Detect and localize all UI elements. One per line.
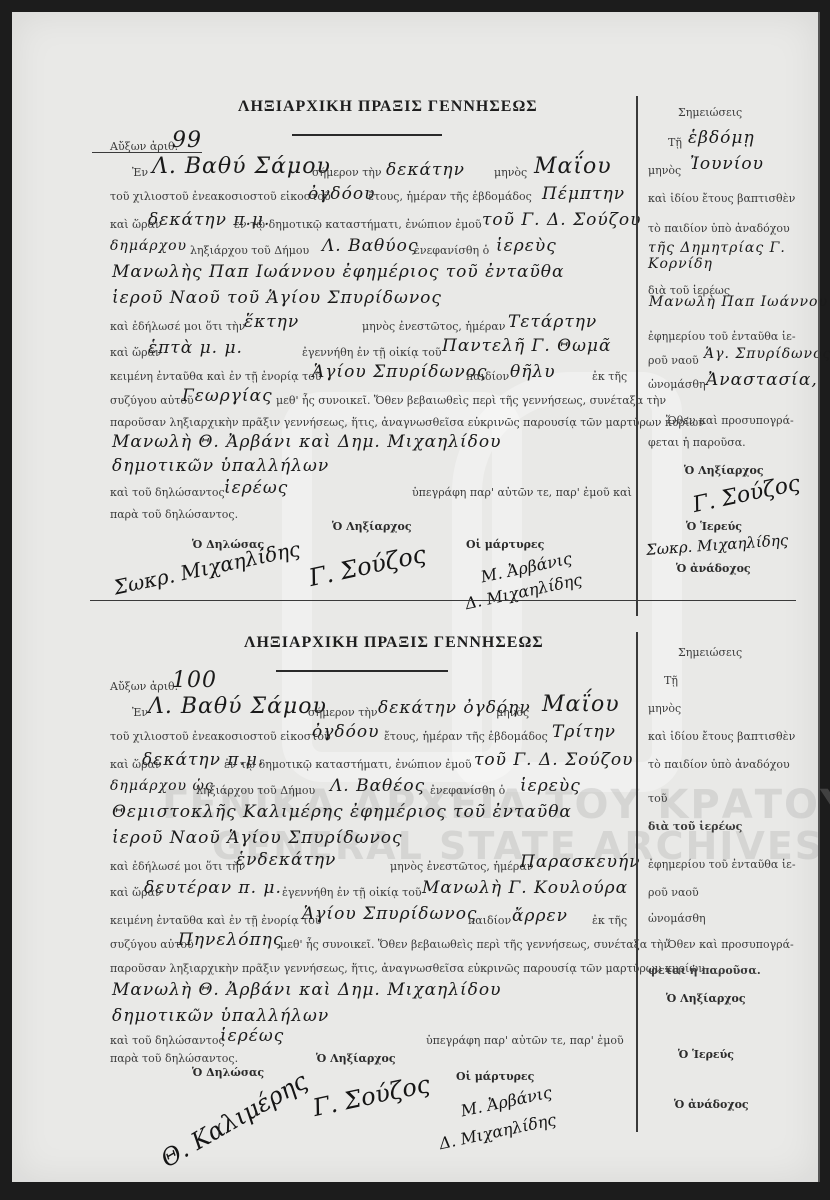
notes-closing-1: Ὅθεν καὶ προσυπογρά- bbox=[666, 414, 794, 427]
text-year-prefix: τοῦ χιλιοστοῦ ἐνεακοσιοστοῦ εἰκοστοῦ bbox=[110, 190, 331, 203]
text-today: σήμερον τὴν bbox=[312, 166, 382, 179]
month-value: Μαΐου bbox=[542, 692, 620, 717]
sex-value: ἄρρεν bbox=[512, 906, 568, 926]
title-underline bbox=[276, 670, 448, 672]
notes-priest-sig-label: Ὁ Ἱερεύς bbox=[678, 1048, 734, 1061]
notes-baptized-text: καὶ ἰδίου ἔτους βαπτισθὲν bbox=[648, 730, 795, 743]
declarant-label: Ὁ Δηλώσας bbox=[192, 1066, 264, 1079]
weekday-value: Πέμπτην bbox=[542, 184, 625, 204]
text-from: ἐκ τῆς bbox=[592, 370, 627, 383]
text-en: Ἐν bbox=[132, 166, 148, 179]
registrar-label: Ὁ Ληξίαρχος bbox=[316, 1052, 396, 1065]
notes-day-value: ἑβδόμῃ bbox=[688, 128, 755, 148]
place-value: Λ. Βαθύ Σάμου bbox=[152, 154, 331, 179]
notes-of-label: τοῦ bbox=[648, 792, 667, 805]
text-municipal: ἐν τῷ δημοτικῷ καταστήματι, ἐνώπιον ἐμοῦ bbox=[234, 218, 482, 231]
witness-signature-2: Δ. Μιχαηλίδης bbox=[437, 1110, 557, 1153]
text-municipal: ἐν τῷ δημοτικῷ καταστήματι, ἐνώπιον ἐμοῦ bbox=[224, 758, 472, 771]
parish-value: Ἁγίου Σπυρίδωνος bbox=[302, 904, 477, 924]
year-value: ὀγδόου bbox=[308, 184, 375, 204]
registrar-label: Ὁ Ληξίαρχος bbox=[332, 520, 412, 533]
notes-day-label: Τῇ bbox=[664, 674, 678, 687]
parish-value: Ἁγίου Σπυρίδωνος bbox=[312, 362, 487, 382]
notes-registrar-label: Ὁ Ληξίαρχος bbox=[684, 464, 764, 477]
text-cohabits: μεθ' ἧς συνοικεῖ. Ὅθεν βεβαιωθεὶς περὶ τ… bbox=[276, 394, 666, 407]
witnesses-role: δημοτικῶν ὑπαλλήλων bbox=[112, 1006, 329, 1026]
notes-named-label: ὠνομάσθη bbox=[648, 378, 706, 391]
birth-hour-value: δευτέραν π. μ. bbox=[144, 878, 282, 898]
notes-priest-sig-label: Ὁ Ἱερεύς bbox=[686, 520, 742, 533]
text-year-prefix: τοῦ χιλιοστοῦ ἐνεακοσιοστοῦ εἰκοστοῦ bbox=[110, 730, 331, 743]
witnesses-value: Μανωλὴ Θ. Ἀρβάνι καὶ Δημ. Μιχαηλίδου bbox=[112, 432, 501, 452]
declarant-church: ἱεροῦ Ναοῦ τοῦ Ἁγίου Σπυρίδωνος bbox=[112, 288, 442, 308]
serial-label: Αὔξων ἀριθ. bbox=[110, 680, 178, 693]
notes-godparent-label: Ὁ ἀνάδοχος bbox=[676, 562, 751, 575]
text-by-declarant: παρὰ τοῦ δηλώσαντος. bbox=[110, 1052, 238, 1065]
municipality-value: Λ. Βαθύος bbox=[322, 236, 418, 256]
notes-officiant-text: ἐφημερίου τοῦ ἐνταῦθα ἱε- bbox=[648, 330, 796, 343]
notes-month-label: μηνὸς bbox=[648, 164, 681, 177]
text-declarant: καὶ τοῦ δηλώσαντος bbox=[110, 486, 225, 499]
father-value: Παντελῆ Γ. Θωμᾶ bbox=[442, 336, 611, 356]
notes-child-text: τὸ παιδίον ὑπὸ ἀναδόχου bbox=[648, 222, 790, 235]
notes-divider bbox=[636, 96, 638, 616]
text-en: Ἐν bbox=[132, 706, 148, 719]
record-title: ΛΗΞΙΑΡΧΙΚΗ ΠΡΑΞΙΣ ΓΕΝΝΗΣΕΩΣ bbox=[238, 98, 538, 116]
text-born-house: ἐγεννήθη ἐν τῇ οἰκίᾳ τοῦ bbox=[282, 886, 422, 899]
notes-priest-label: διὰ τοῦ ἱερέως bbox=[648, 820, 742, 833]
notes-closing-2: φεται ἡ παροῦσα. bbox=[648, 964, 761, 977]
notes-godparent-label: Ὁ ἀνάδοχος bbox=[674, 1098, 749, 1111]
document-page: ΓΕΝΙΚΑ ΑΡΧΕΙΑ ΤΟΥ ΚΡΑΤΟΥΣ GENERAL STATE … bbox=[12, 12, 818, 1182]
text-born-house: ἐγεννήθη ἐν τῇ οἰκίᾳ τοῦ bbox=[302, 346, 442, 359]
text-current-month: μηνὸς ἐνεστῶτος, ἡμέραν bbox=[390, 860, 533, 873]
birth-weekday-value: Τετάρτην bbox=[508, 312, 597, 332]
record-separator bbox=[90, 600, 796, 601]
notes-heading: Σημειώσεις bbox=[678, 106, 742, 119]
serial-number: 100 bbox=[172, 668, 217, 693]
notes-registrar-signature: Γ. Σούζος bbox=[691, 471, 803, 518]
notes-church-value: Ἁγ. Σπυρίδωνος bbox=[704, 346, 830, 362]
text-weekday: ἔτους, ἡμέραν τῆς ἑβδομάδος bbox=[368, 190, 532, 203]
text-declarant: καὶ τοῦ δηλώσαντος bbox=[110, 1034, 225, 1047]
notes-child-text: τὸ παιδίον ὑπὸ ἀναδόχου bbox=[648, 758, 790, 771]
registrar-signature: Γ. Σούζος bbox=[310, 1070, 432, 1122]
year-value: ὀγδόου bbox=[312, 722, 379, 742]
declarant-title: ἱερεὺς bbox=[520, 776, 581, 796]
official-value: τοῦ Γ. Δ. Σούζου bbox=[474, 750, 633, 770]
declarant-role-value: ἱερέως bbox=[224, 478, 288, 498]
text-declared: καὶ ἐδήλωσέ μοι ὅτι τὴν bbox=[110, 860, 245, 873]
notes-heading: Σημειώσεις bbox=[678, 646, 742, 659]
text-registrar: ληξιάρχου τοῦ Δήμου bbox=[196, 784, 315, 797]
notes-baptized-text: καὶ ἰδίου ἔτους βαπτισθὲν bbox=[648, 192, 795, 205]
notes-church-label: ροῦ ναοῦ bbox=[648, 354, 699, 367]
notes-officiant-text: ἐφημερίου τοῦ ἐνταῦθα ἱε- bbox=[648, 858, 796, 871]
text-child: παιδίον bbox=[468, 914, 511, 927]
text-child: παιδίον bbox=[466, 370, 509, 383]
text-signed: ὑπεγράφη παρ' αὐτῶν τε, παρ' ἐμοῦ καὶ bbox=[412, 486, 632, 499]
month-value: Μαΐου bbox=[534, 154, 612, 179]
birth-day-value: ἕκτην bbox=[244, 312, 299, 332]
text-parish: κειμένη ἐνταῦθα καὶ ἐν τῇ ἐνορίᾳ τοῦ bbox=[110, 370, 322, 383]
text-month: μηνὸς bbox=[494, 166, 527, 179]
serial-number: 99 bbox=[172, 128, 202, 153]
declarant-church: ἱεροῦ Ναοῦ Ἁγίου Σπυρίδωνος bbox=[112, 828, 403, 848]
serial-underline bbox=[92, 152, 202, 153]
notes-named-label: ὠνομάσθη bbox=[648, 912, 706, 925]
sex-value: θῆλυ bbox=[510, 362, 556, 382]
witnesses-label: Οἱ μάρτυρες bbox=[466, 538, 544, 551]
page-right-rule bbox=[818, 12, 820, 1182]
text-month: μηνὸς bbox=[496, 706, 529, 719]
declarant-value: Μανωλὴς Παπ Ιωάννου ἐφημέριος τοῦ ἐνταῦθ… bbox=[112, 262, 565, 282]
notes-church-label: ροῦ ναοῦ bbox=[648, 886, 699, 899]
place-value: Λ. Βαθύ Σάμου bbox=[148, 694, 327, 719]
text-from: ἐκ τῆς bbox=[592, 914, 627, 927]
witnesses-role: δημοτικῶν ὑπαλλήλων bbox=[112, 456, 329, 476]
official-value: τοῦ Γ. Δ. Σούζου bbox=[482, 210, 641, 230]
record-title: ΛΗΞΙΑΡΧΙΚΗ ΠΡΑΞΙΣ ΓΕΝΝΗΣΕΩΣ bbox=[244, 634, 544, 652]
text-registrar: ληξιάρχου τοῦ Δήμου bbox=[190, 244, 309, 257]
notes-godparent-value: τῆς Δημητρίας Γ. Κορνίδη bbox=[648, 240, 828, 272]
notes-priest-value: Μανωλὴ Παπ Ιωάννου bbox=[648, 294, 828, 310]
text-signed: ὑπεγράφη παρ' αὐτῶν τε, παρ' ἐμοῦ bbox=[426, 1034, 624, 1047]
declarant-role-value: ἱερέως bbox=[220, 1026, 284, 1046]
notes-closing-1: Ὅθεν καὶ προσυπογρά- bbox=[666, 938, 794, 951]
notes-day-label: Τῇ bbox=[668, 136, 682, 149]
declarant-value: Θεμιστοκλῆς Καλιμέρης ἐφημέριος τοῦ ἐντα… bbox=[112, 802, 572, 822]
day-value: δεκάτην bbox=[386, 160, 465, 180]
text-by-declarant: παρὰ τοῦ δηλώσαντος. bbox=[110, 508, 238, 521]
declarant-signature: Θ. Καλιμέρης bbox=[156, 1067, 312, 1173]
text-weekday: ἔτους, ἡμέραν τῆς ἑβδομάδος bbox=[384, 730, 548, 743]
notes-closing-2: φεται ἡ παροῦσα. bbox=[648, 436, 746, 449]
text-declared: καὶ ἐδήλωσέ μοι ὅτι τὴν bbox=[110, 320, 245, 333]
notes-month-value: Ἰουνίου bbox=[690, 154, 764, 174]
father-value: Μανωλὴ Γ. Κουλούρα bbox=[422, 878, 628, 898]
text-parish: κειμένη ἐνταῦθα καὶ ἐν τῇ ἐνορίᾳ τοῦ bbox=[110, 914, 322, 927]
witnesses-value: Μανωλὴ Θ. Ἀρβάνι καὶ Δημ. Μιχαηλίδου bbox=[112, 980, 501, 1000]
text-today: σήμερον τὴν bbox=[308, 706, 378, 719]
text-appeared: ἐνεφανίσθη ὁ bbox=[414, 244, 489, 257]
role-value: δημάρχου bbox=[110, 238, 187, 254]
text-drafted: παροῦσαν ληξιαρχικὴν πρᾶξιν γεννήσεως, ἥ… bbox=[110, 416, 705, 429]
notes-named-value: Ἀναστασία, bbox=[706, 370, 818, 390]
birth-weekday-value: Παρασκευήν bbox=[520, 852, 641, 872]
witnesses-label: Οἱ μάρτυρες bbox=[456, 1070, 534, 1083]
municipality-value: Λ. Βαθέος bbox=[330, 776, 425, 796]
text-current-month: μηνὸς ἐνεστῶτος, ἡμέραν bbox=[362, 320, 505, 333]
notes-divider bbox=[636, 632, 638, 1132]
notes-registrar-label: Ὁ Ληξίαρχος bbox=[666, 992, 746, 1005]
weekday-value: Τρίτην bbox=[552, 722, 616, 742]
mother-value: Πηνελόπης bbox=[178, 930, 283, 950]
text-drafted: παροῦσαν ληξιαρχικὴν πρᾶξιν γεννήσεως, ἥ… bbox=[110, 962, 705, 975]
notes-month-label: μηνὸς bbox=[648, 702, 681, 715]
title-underline bbox=[292, 134, 442, 136]
text-cohabits: μεθ' ἧς συνοικεῖ. Ὅθεν βεβαιωθεὶς περὶ τ… bbox=[280, 938, 670, 951]
mother-value: Γεωργίας bbox=[182, 386, 273, 406]
birth-hour-value: ἑπτὰ μ. μ. bbox=[148, 338, 243, 358]
text-appeared: ἐνεφανίσθη ὁ bbox=[430, 784, 505, 797]
declarant-title: ἱερεὺς bbox=[496, 236, 557, 256]
birth-day-value: ἑνδεκάτην bbox=[236, 850, 336, 870]
